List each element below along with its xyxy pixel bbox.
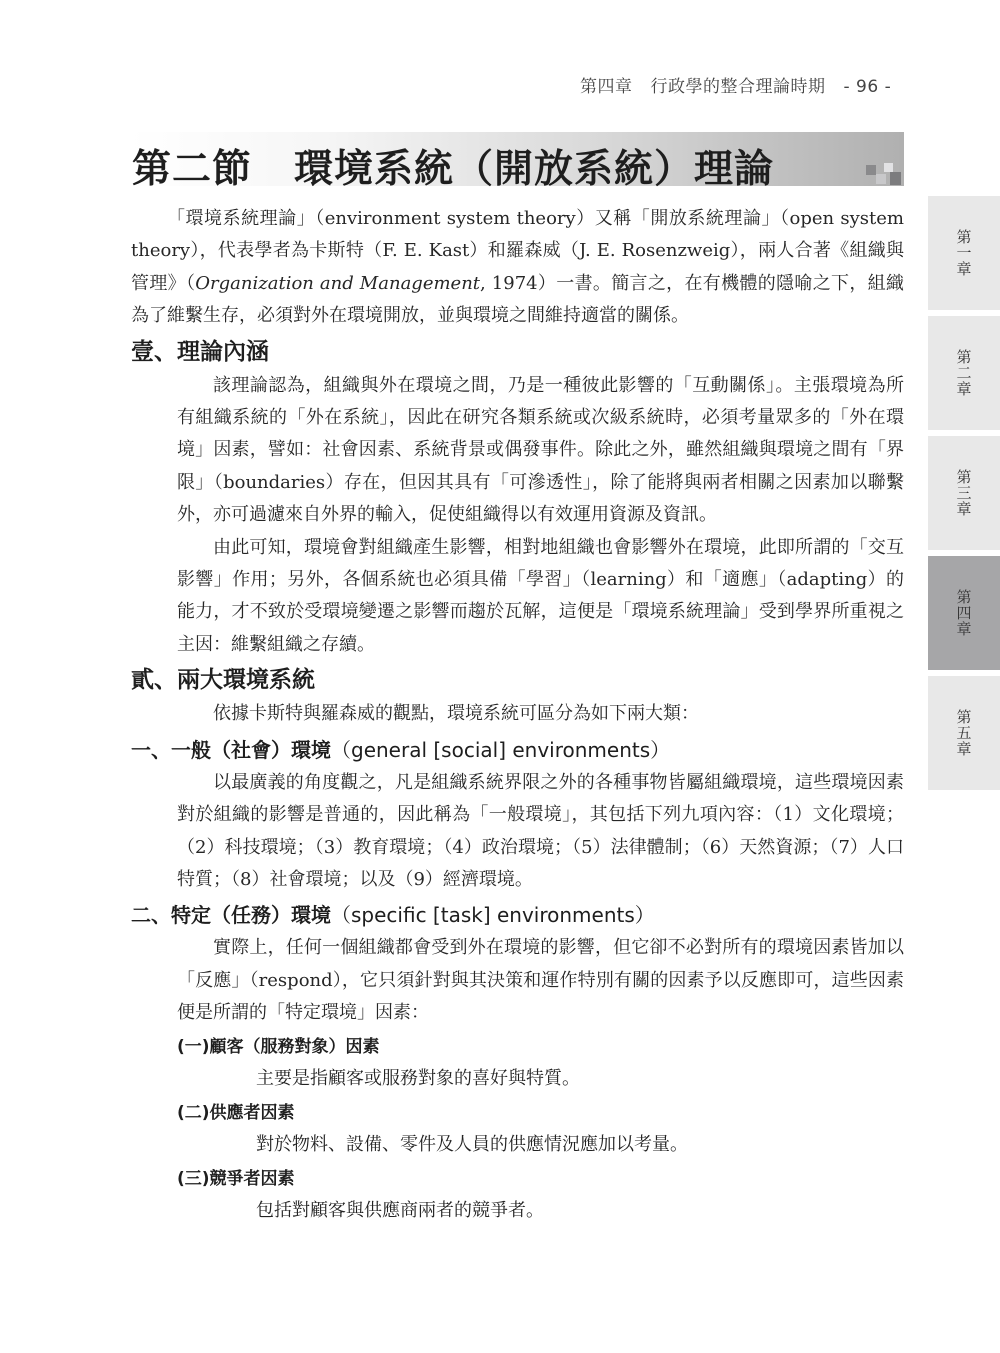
chapter-tab-label: 第一章 [954,229,975,277]
paragraph: 以最廣義的角度觀之，凡是組織系統界限之外的各種事物皆屬組織環境，這些環境因素對於… [177,767,904,897]
chapter-tab-label: 第四章 [954,589,975,637]
part1-body: 該理論認為，組織與外在環境之間，乃是一種彼此影響的「互動關係」。主張環境為所有組… [131,370,904,662]
chapter-tab-label: 第二章 [954,349,975,397]
heading-zh: 二、特定（任務）環境 [131,903,331,927]
factor-description: 對於物料、設備、零件及人員的供應情況應加以考量。 [131,1129,904,1161]
heading-en: （general [social] environments） [331,738,670,762]
general-environment-body: 以最廣義的角度觀之，凡是組織系統界限之外的各種事物皆屬組織環境，這些環境因素對於… [131,767,904,897]
factor-heading: (三)競爭者因素 [131,1163,904,1195]
page-content: 「環境系統理論」（environment system theory）又稱「開放… [131,203,904,1229]
heading-part1: 壹、理論內涵 [131,335,904,369]
factor-heading: (一)顧客（服務對象）因素 [131,1031,904,1063]
section-heading: 環境系統（開放系統）理論 [294,146,774,192]
heading-part2: 貳、兩大環境系統 [131,663,904,697]
chapter-tab-label: 第五章 [954,709,975,757]
heading-en: （specific [task] environments） [331,903,655,927]
paragraph: 由此可知，環境會對組織產生影響，相對地組織也會影響外在環境，此即所謂的「交互影響… [177,532,904,662]
section-title: 第二節環境系統（開放系統）理論 [132,138,774,194]
factor-heading: (二)供應者因素 [131,1097,904,1129]
intro-paragraph: 「環境系統理論」（environment system theory）又稱「開放… [131,203,904,333]
decorative-squares-icon [864,162,902,186]
chapter-tab-1[interactable]: 第一章 [928,196,1000,310]
section-number: 第二節 [132,146,252,192]
section-banner: 第二節環境系統（開放系統）理論 [130,132,904,186]
chapter-tab-label: 第三章 [954,469,975,517]
chapter-tab-3[interactable]: 第三章 [928,436,1000,550]
heading-general-environment: 一、一般（社會）環境（general [social] environments… [131,733,904,767]
factor-description: 主要是指顧客或服務對象的喜好與特質。 [131,1063,904,1095]
specific-environment-body: 實際上，任何一個組織都會受到外在環境的影響，但它卻不必對所有的環境因素皆加以「反… [131,932,904,1029]
paragraph: 該理論認為，組織與外在環境之間，乃是一種彼此影響的「互動關係」。主張環境為所有組… [177,370,904,532]
paragraph: 依據卡斯特與羅森威的觀點，環境系統可區分為如下兩大類： [177,698,904,730]
heading-zh: 一、一般（社會）環境 [131,738,331,762]
book-title: Organization and Management [195,273,480,294]
chapter-tab-4-active[interactable]: 第四章 [928,556,1000,670]
running-head-title: 行政學的整合理論時期 [651,77,826,97]
chapter-tab-5[interactable]: 第五章 [928,676,1000,790]
running-head-chapter: 第四章 [580,77,633,97]
factor-description: 包括對顧客與供應商兩者的競爭者。 [131,1195,904,1227]
part2-intro: 依據卡斯特與羅森威的觀點，環境系統可區分為如下兩大類： [131,698,904,730]
running-head: 第四章行政學的整合理論時期- 96 - [580,72,910,97]
page-number: - 96 - [844,77,892,97]
paragraph: 實際上，任何一個組織都會受到外在環境的影響，但它卻不必對所有的環境因素皆加以「反… [177,932,904,1029]
chapter-tabs: 第一章 第二章 第三章 第四章 第五章 [928,196,1000,796]
chapter-tab-2[interactable]: 第二章 [928,316,1000,430]
heading-specific-environment: 二、特定（任務）環境（specific [task] environments） [131,898,904,932]
